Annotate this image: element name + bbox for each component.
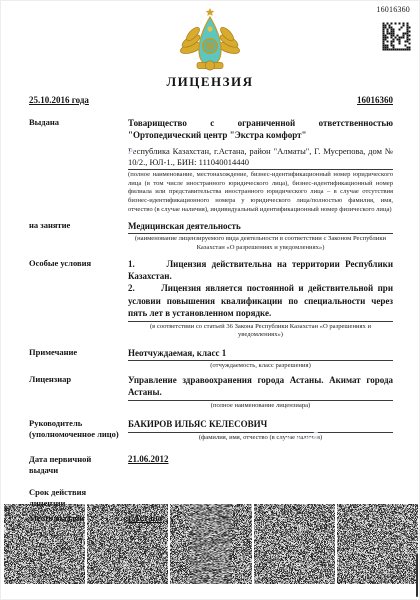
first-issue-date-value: 21.06.2012 — [128, 454, 169, 464]
field-first-issue-date: Дата первичной выдачи 21.06.2012 — [29, 454, 393, 476]
field-remark-note: (отчуждаемость, класс разрешения) — [128, 362, 393, 371]
separator-line — [128, 360, 393, 361]
head-name: БАКИРОВ ИЛЬЯС КЕЛЕСОВИЧ — [128, 418, 393, 430]
field-activity: на занятие Медицинская деятельность (наи… — [29, 220, 393, 253]
activity-value: Медицинская деятельность — [128, 220, 393, 232]
field-activity-label: на занятие — [29, 220, 128, 253]
issue-place-value: г.Астана — [128, 513, 162, 523]
field-head-label: Руководитель (уполномоченное лицо) — [29, 418, 128, 442]
separator-line — [128, 432, 393, 433]
field-issued-to-note: (полное наименование, местонахождение, б… — [128, 171, 393, 214]
field-special-conditions-note: (в соответствии со статьей 36 Закона Рес… — [128, 323, 393, 340]
field-licensor-label: Лицензиар — [29, 374, 128, 410]
scan-edge-artifact — [416, 554, 418, 597]
qr-code — [382, 22, 411, 51]
field-licensor-note: (полное наименование лицензиара) — [128, 402, 393, 411]
document-number-top: 16016360 — [376, 5, 410, 14]
field-issue-place: Место выдачи г.Астана — [29, 513, 393, 524]
field-validity-label: Срок действия лицензии — [29, 487, 128, 509]
licensor-value: Управление здравоохранения города Астаны… — [128, 374, 393, 399]
license-number: 16016360 — [357, 95, 393, 105]
field-remark: Примечание Неотчуждаемая, класс 1 (отчуж… — [29, 347, 393, 371]
field-issued-to: Выдана Товарищество с ограниченной ответ… — [29, 117, 393, 214]
field-remark-label: Примечание — [29, 347, 128, 371]
special-condition-1: 1. Лицензия действительна на территории … — [128, 258, 393, 283]
separator-line — [128, 400, 393, 401]
field-first-issue-date-label: Дата первичной выдачи — [29, 454, 128, 476]
field-validity: Срок действия лицензии — [29, 487, 393, 509]
field-issue-place-label: Место выдачи — [29, 513, 128, 524]
license-body: 25.10.2016 года 16016360 Выдана Товарище… — [29, 95, 393, 524]
field-issued-to-label: Выдана — [29, 117, 128, 214]
kazakhstan-emblem-icon — [178, 7, 242, 73]
license-document-page: { "page": { "top_number": "16016360", "t… — [0, 0, 420, 600]
special-condition-2: 2. Лицензия является постоянной и действ… — [128, 282, 393, 319]
field-head: Руководитель (уполномоченное лицо) БАКИР… — [29, 418, 393, 442]
issue-date: 25.10.2016 года — [29, 95, 89, 105]
separator-line — [128, 233, 393, 234]
remark-value: Неотчуждаемая, класс 1 — [128, 347, 393, 359]
separator-line — [128, 321, 393, 322]
separator-line — [128, 169, 393, 170]
page-title: ЛИЦЕНЗИЯ — [1, 74, 419, 90]
field-special-conditions-label: Особые условия — [29, 258, 128, 340]
field-head-note: (фамилия, имя, отчество (в случае наличи… — [128, 434, 393, 443]
field-licensor: Лицензиар Управление здравоохранения гор… — [29, 374, 393, 410]
field-special-conditions: Особые условия 1. Лицензия действительна… — [29, 258, 393, 340]
licensee-address: Республика Казахстан, г.Астана, район "А… — [128, 146, 393, 168]
licensee-name: Товарищество с ограниченной ответственно… — [128, 117, 393, 142]
date-and-number-row: 25.10.2016 года 16016360 — [29, 95, 393, 105]
field-activity-note: (наименование лицензируемого вида деятел… — [128, 235, 393, 252]
